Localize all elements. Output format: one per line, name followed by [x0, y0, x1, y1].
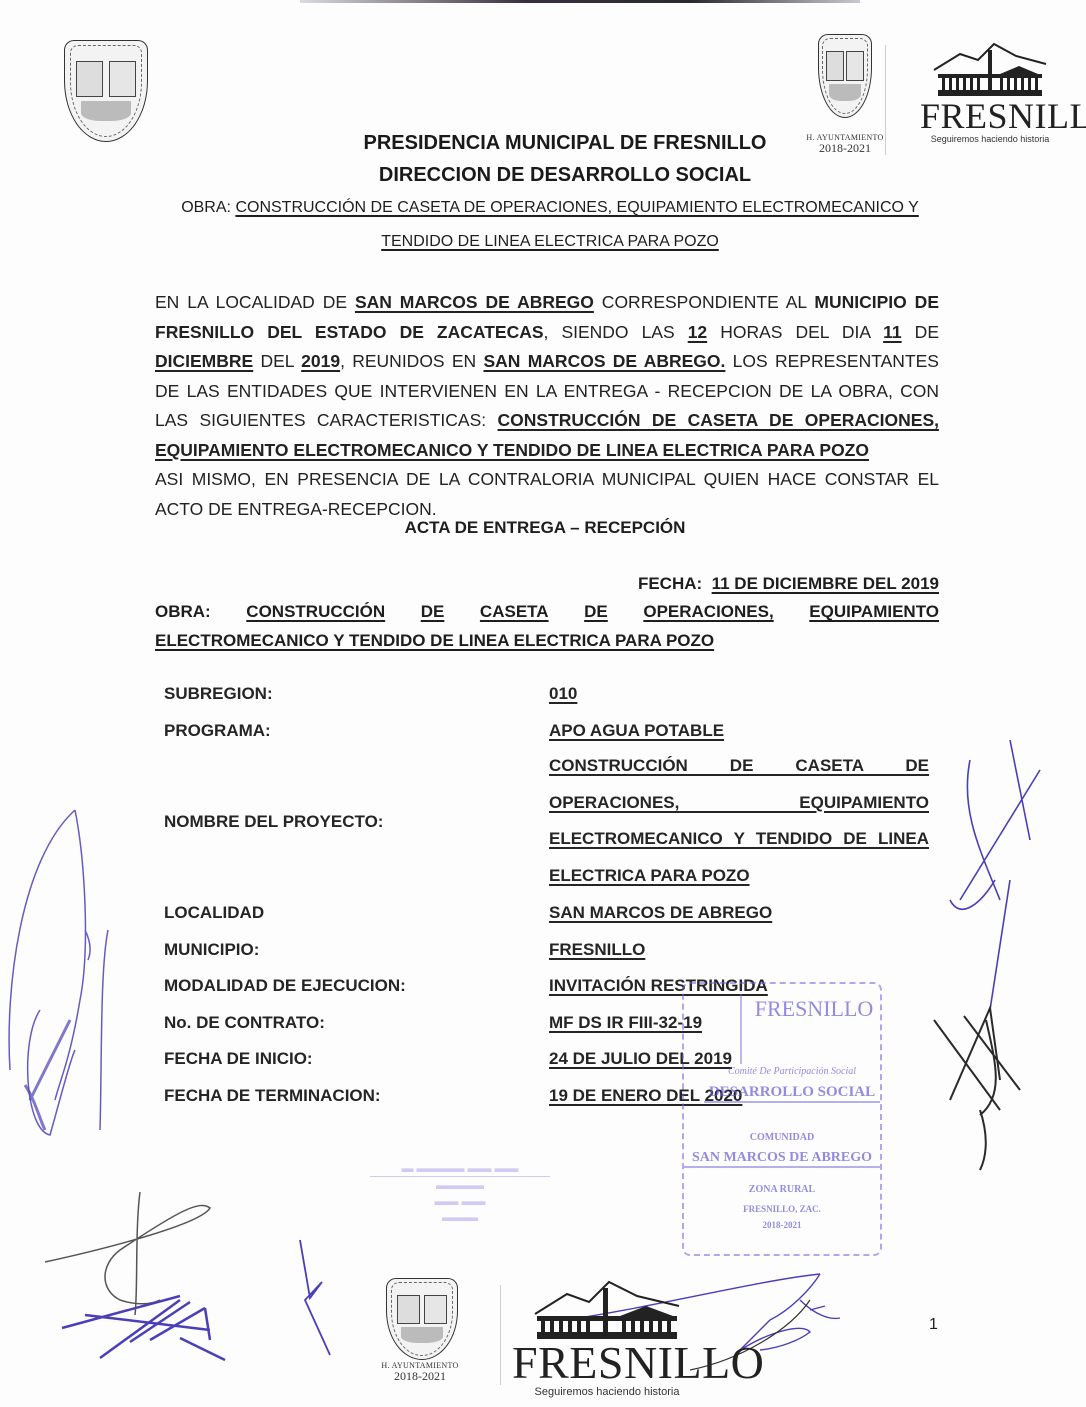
monument-icon: [527, 1278, 687, 1340]
scan-edge: [300, 0, 860, 3]
value-contrato: MF DS IR FIII-32-19: [549, 1013, 702, 1033]
label-localidad: LOCALIDAD: [164, 903, 264, 923]
obra-header-line1: OBRA: CONSTRUCCIÓN DE CASETA DE OPERACIO…: [140, 199, 960, 217]
value-proyecto: CONSTRUCCIÓN DE CASETA DE OPERACIONES, E…: [549, 748, 929, 894]
obra-block-line1: OBRA: CONSTRUCCIÓN DE CASETA DE OPERACIO…: [155, 602, 939, 622]
page-title: PRESIDENCIA MUNICIPAL DE FRESNILLO: [340, 132, 790, 155]
label-inicio: FECHA DE INICIO:: [164, 1049, 313, 1069]
obra-block-line2: ELECTROMECANICO Y TENDIDO DE LINEA ELECT…: [155, 631, 714, 651]
value-localidad: SAN MARCOS DE ABREGO: [549, 903, 772, 923]
header-divider: [885, 45, 886, 155]
municipal-crest-left: [64, 40, 148, 142]
fresnillo-logo-header: FRESNILLO Seguiremos haciendo historia: [920, 40, 1060, 144]
page-subtitle: DIRECCION DE DESARROLLO SOCIAL: [340, 164, 790, 187]
label-programa: PROGRAMA:: [164, 721, 271, 741]
footer-ayuntamiento: H. AYUNTAMIENTO 2018-2021: [370, 1362, 470, 1383]
footer-crest: [386, 1278, 458, 1360]
signature-bottom-left: [0, 1190, 360, 1407]
page-number: 1: [929, 1316, 938, 1334]
value-subregion: 010: [549, 684, 577, 704]
label-municipio: MUNICIPIO:: [164, 940, 259, 960]
label-subregion: SUBREGION:: [164, 684, 273, 704]
faint-stamp: ▬ ▬▬▬▬ ▬▬ ▬▬ ▬▬▬▬▬▬ ▬▬▬▬▬: [370, 1160, 550, 1225]
label-proyecto: NOMBRE DEL PROYECTO:: [164, 812, 383, 832]
footer-divider: [500, 1285, 501, 1385]
fecha-line: FECHA: 11 DE DICIEMBRE DEL 2019: [540, 574, 939, 594]
monument-icon: [930, 40, 1050, 98]
acta-heading: ACTA DE ENTREGA – RECEPCIÓN: [140, 518, 950, 538]
value-municipio: FRESNILLO: [549, 940, 645, 960]
obra-header-line2: TENDIDO DE LINEA ELECTRICA PARA POZO: [300, 233, 800, 251]
ayuntamiento-crest: [818, 34, 872, 118]
label-terminacion: FECHA DE TERMINACION:: [164, 1086, 381, 1106]
ayuntamiento-label: H. AYUNTAMIENTO 2018-2021: [800, 134, 890, 155]
fresnillo-logo-footer: FRESNILLO Seguiremos haciendo historia: [512, 1278, 702, 1398]
signature-right-blue: [940, 730, 1060, 1020]
label-contrato: No. DE CONTRATO:: [164, 1013, 325, 1033]
label-modalidad: MODALIDAD DE EJECUCION:: [164, 976, 406, 996]
signature-right-black: [920, 1000, 1050, 1170]
comite-stamp: FRESNILLO Comité De Participación Social…: [682, 982, 882, 1256]
intro-paragraph: EN LA LOCALIDAD DE SAN MARCOS DE ABREGO …: [155, 288, 939, 524]
signature-left: [0, 800, 150, 1160]
value-programa: APO AGUA POTABLE: [549, 721, 724, 741]
